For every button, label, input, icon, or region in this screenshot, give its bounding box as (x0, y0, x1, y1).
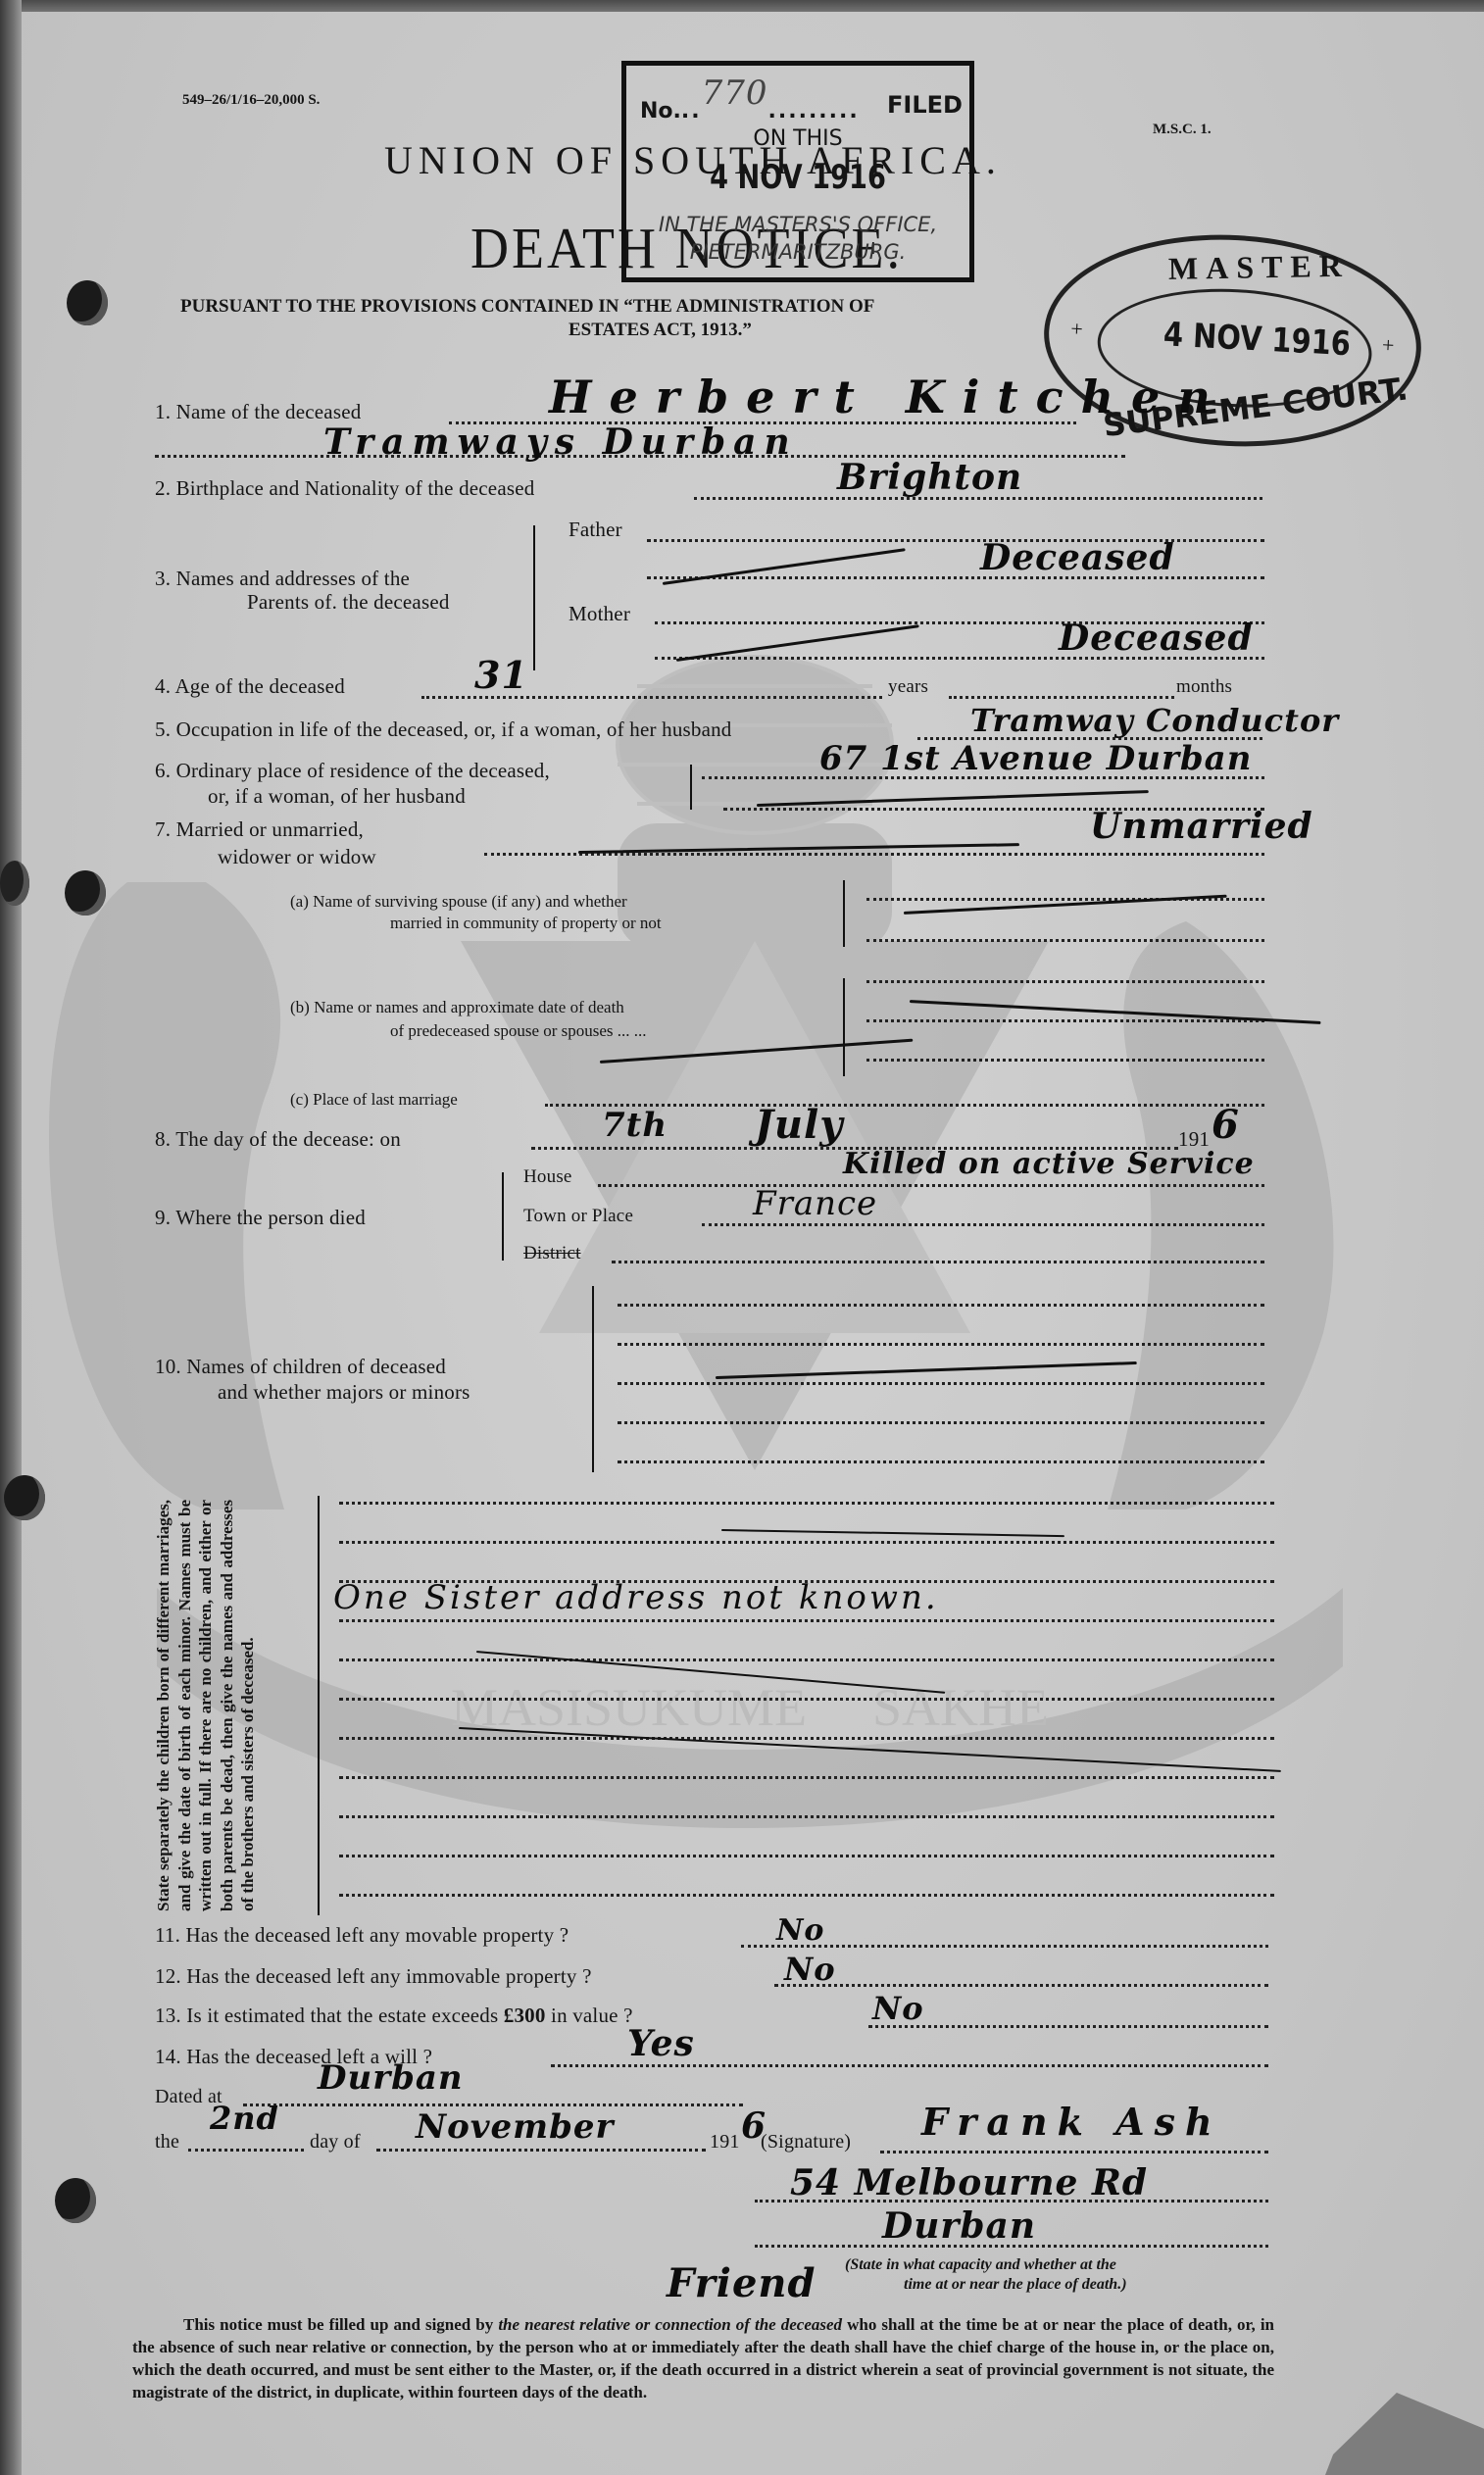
q5-label: 5. Occupation in life of the deceased, o… (155, 718, 732, 742)
siblings-instruction-note: State separately the children born of di… (153, 1500, 310, 1911)
print-code: 549–26/1/16–20,000 S. (182, 92, 320, 109)
filed-on-this: ON THIS (626, 126, 969, 151)
town-value[interactable]: France (753, 1184, 877, 1223)
q7-label-2: widower or widow (218, 845, 376, 869)
q6-value[interactable]: 67 1st Avenue Durban (819, 739, 1252, 778)
father-value[interactable]: Deceased (980, 537, 1175, 578)
q4-years-label: years (888, 676, 928, 698)
q8-year-suffix[interactable]: 6 (1212, 1102, 1240, 1148)
capacity-note-2: time at or near the place of death.) (904, 2276, 1127, 2294)
q3-label-2: Parents of. the deceased (247, 590, 450, 615)
filed-stamp: No...770......... FILED ON THIS 4 NOV 19… (621, 61, 974, 282)
q10-label: 10. Names of children of deceased (155, 1355, 446, 1379)
q10-label-2: and whether majors or minors (218, 1380, 470, 1405)
filed-no-label: No. (640, 99, 681, 124)
filed-office: IN THE MASTERS'S OFFICE, (626, 213, 969, 236)
punch-hole (67, 280, 108, 325)
capacity-value[interactable]: Friend (667, 2260, 816, 2306)
signature-value[interactable]: Frank Ash (921, 2100, 1222, 2144)
q6-label: 6. Ordinary place of residence of the de… (155, 759, 550, 783)
punch-hole (65, 870, 106, 916)
capacity-note: (State in what capacity and whether at t… (845, 2256, 1116, 2274)
pursuant-line: PURSUANT TO THE PROVISIONS CONTAINED IN … (180, 296, 874, 318)
day-of-label: day of (310, 2131, 361, 2153)
q7b-label: (b) Name or names and approximate date o… (290, 998, 624, 1017)
q1-value[interactable]: Herbert Kitchen (549, 371, 1228, 423)
q14-value[interactable]: Yes (627, 2023, 695, 2064)
month-value[interactable]: November (416, 2107, 614, 2147)
house-label: House (523, 1166, 572, 1188)
footnote-instructions: This notice must be filled up and signed… (132, 2313, 1274, 2403)
form-code: M.S.C. 1. (1153, 122, 1212, 138)
punch-hole (4, 1475, 45, 1520)
q13-value[interactable]: No (872, 1990, 924, 2027)
q6-label-2: or, if a woman, of her husband (208, 784, 466, 809)
q4-months-label: months (1176, 676, 1232, 698)
signer-address-line2[interactable]: Durban (882, 2205, 1036, 2247)
filed-label: FILED (887, 91, 963, 119)
q4-label: 4. Age of the deceased (155, 674, 345, 699)
master-stamp-top: MASTER (1168, 248, 1351, 287)
q2-value[interactable]: Brighton (837, 457, 1022, 498)
q12-value[interactable]: No (784, 1951, 836, 1988)
q1-value-line2[interactable]: Tramways Durban (323, 421, 798, 463)
q9-label: 9. Where the person died (155, 1206, 366, 1230)
sign-year-prefix: 191 (710, 2131, 740, 2153)
q8-day[interactable]: 7th (602, 1106, 668, 1145)
mother-label: Mother (569, 602, 630, 626)
q11-value[interactable]: No (776, 1913, 824, 1948)
q2-label: 2. Birthplace and Nationality of the dec… (155, 476, 534, 501)
the-label: the (155, 2131, 179, 2153)
filed-city: PIETERMARITZBURG. (626, 240, 969, 264)
q7c-label: (c) Place of last marriage (290, 1090, 458, 1110)
q11-label: 11. Has the deceased left any movable pr… (155, 1923, 569, 1948)
filed-date: 4 NOV 1916 (661, 158, 935, 197)
signature-label: (Signature) (761, 2131, 851, 2153)
q7-label: 7. Married or unmarried, (155, 817, 364, 842)
q5-value[interactable]: Tramway Conductor (970, 702, 1339, 739)
day-value[interactable]: 2nd (210, 2100, 279, 2137)
q8-month[interactable]: July (755, 1102, 843, 1148)
q8-label: 8. The day of the decease: on (155, 1127, 401, 1152)
q7b-label-2: of predeceased spouse or spouses ... ... (390, 1021, 647, 1041)
siblings-value[interactable]: One Sister address not known. (333, 1578, 939, 1617)
q3-label: 3. Names and addresses of the (155, 567, 410, 591)
q7a-label-2: married in community of property or not (390, 914, 662, 933)
district-label: District (523, 1243, 581, 1264)
town-label: Town or Place (523, 1206, 633, 1227)
q7a-label: (a) Name of surviving spouse (if any) an… (290, 892, 627, 912)
house-value[interactable]: Killed on active Service (843, 1147, 1255, 1181)
signer-address-line1[interactable]: 54 Melbourne Rd (790, 2162, 1148, 2203)
q7-value[interactable]: Unmarried (1090, 806, 1313, 847)
q4-years-value[interactable]: 31 (474, 653, 528, 697)
father-label: Father (569, 518, 622, 542)
pursuant-line: ESTATES ACT, 1913.” (569, 320, 752, 341)
q13-label: 13. Is it estimated that the estate exce… (155, 2004, 633, 2028)
dated-at-value[interactable]: Durban (318, 2058, 464, 2098)
punch-hole (55, 2178, 96, 2223)
scan-left-edge (0, 0, 22, 2475)
q12-label: 12. Has the deceased left any immovable … (155, 1964, 592, 1989)
mother-value[interactable]: Deceased (1059, 618, 1254, 659)
filed-no-value: 770 (702, 74, 768, 113)
punch-hole (0, 861, 29, 906)
